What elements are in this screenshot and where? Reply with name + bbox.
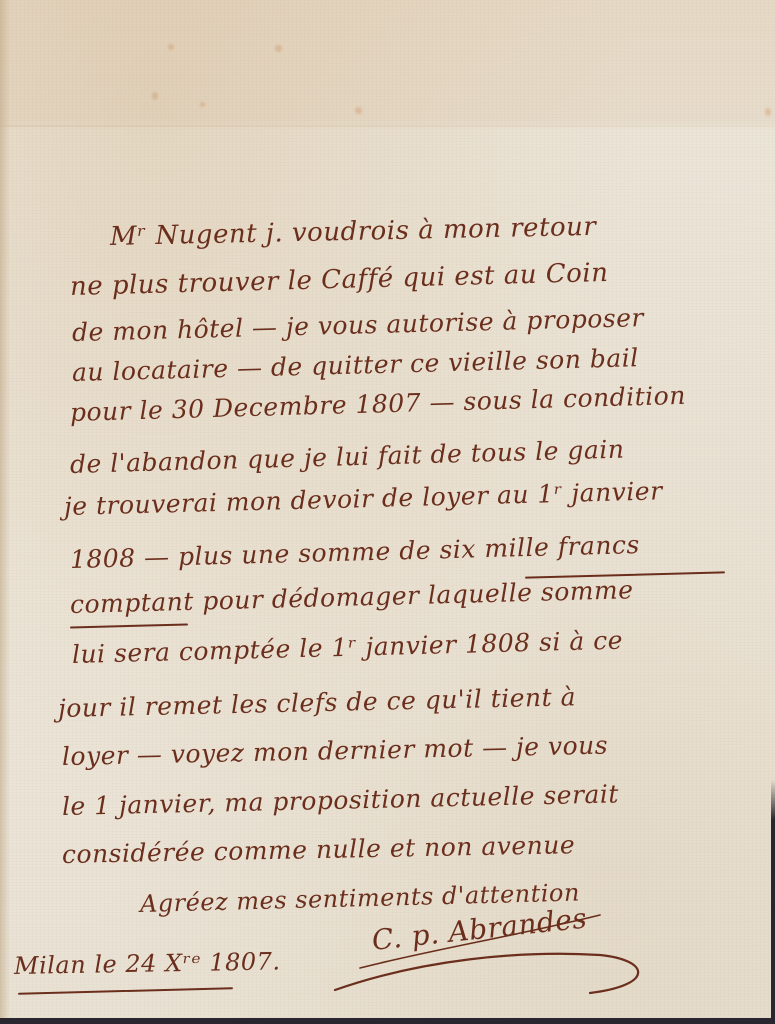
letter-line: de mon hôtel — je vous autorise à propos… (72, 303, 645, 347)
letter-line: au locataire — de quitter ce vieille son… (72, 343, 639, 387)
scan-right-border (771, 780, 775, 1024)
letter-line: le 1 janvier, ma proposition actuelle se… (62, 779, 620, 821)
letter-line: je trouverai mon devoir de loyer au 1ʳ j… (64, 476, 663, 521)
foxing-spot (275, 45, 282, 52)
letter-line: jour il remet les clefs de ce qu'il tien… (58, 682, 577, 723)
foxing-spot (152, 92, 158, 100)
letter-line: pour le 30 Decembre 1807 — sous la condi… (70, 381, 687, 427)
letter-line: de l'abandon que je lui fait de tous le … (70, 435, 625, 479)
letter-place-date: Milan le 24 Xʳᵉ 1807. (14, 947, 281, 980)
letter-line: ne plus trouver le Caffé qui est au Coin (70, 258, 609, 302)
letter-page: Mʳ Nugent j. voudrois à mon retour ne pl… (0, 0, 775, 1024)
foxing-spot (200, 102, 205, 107)
letter-line: Mʳ Nugent j. voudrois à mon retour (110, 212, 597, 252)
scan-bottom-border (0, 1018, 775, 1024)
letter-line: loyer — voyez mon dernier mot — je vous (62, 731, 609, 771)
letter-line: considérée comme nulle et non avenue (62, 830, 576, 869)
foxing-spot (168, 44, 174, 50)
letter-line: lui sera comptée le 1ʳ janvier 1808 si à… (72, 626, 624, 669)
paper-fold-line (0, 125, 775, 127)
foxing-spot (765, 108, 771, 116)
letter-line: 1808 — plus une somme de six mille franc… (70, 530, 641, 574)
foxing-spot (355, 107, 362, 114)
paper-left-edge (0, 0, 10, 1024)
date-underline (18, 987, 233, 995)
letter-line: comptant pour dédomager laquelle somme (70, 575, 634, 619)
underline-comptant (70, 623, 188, 628)
